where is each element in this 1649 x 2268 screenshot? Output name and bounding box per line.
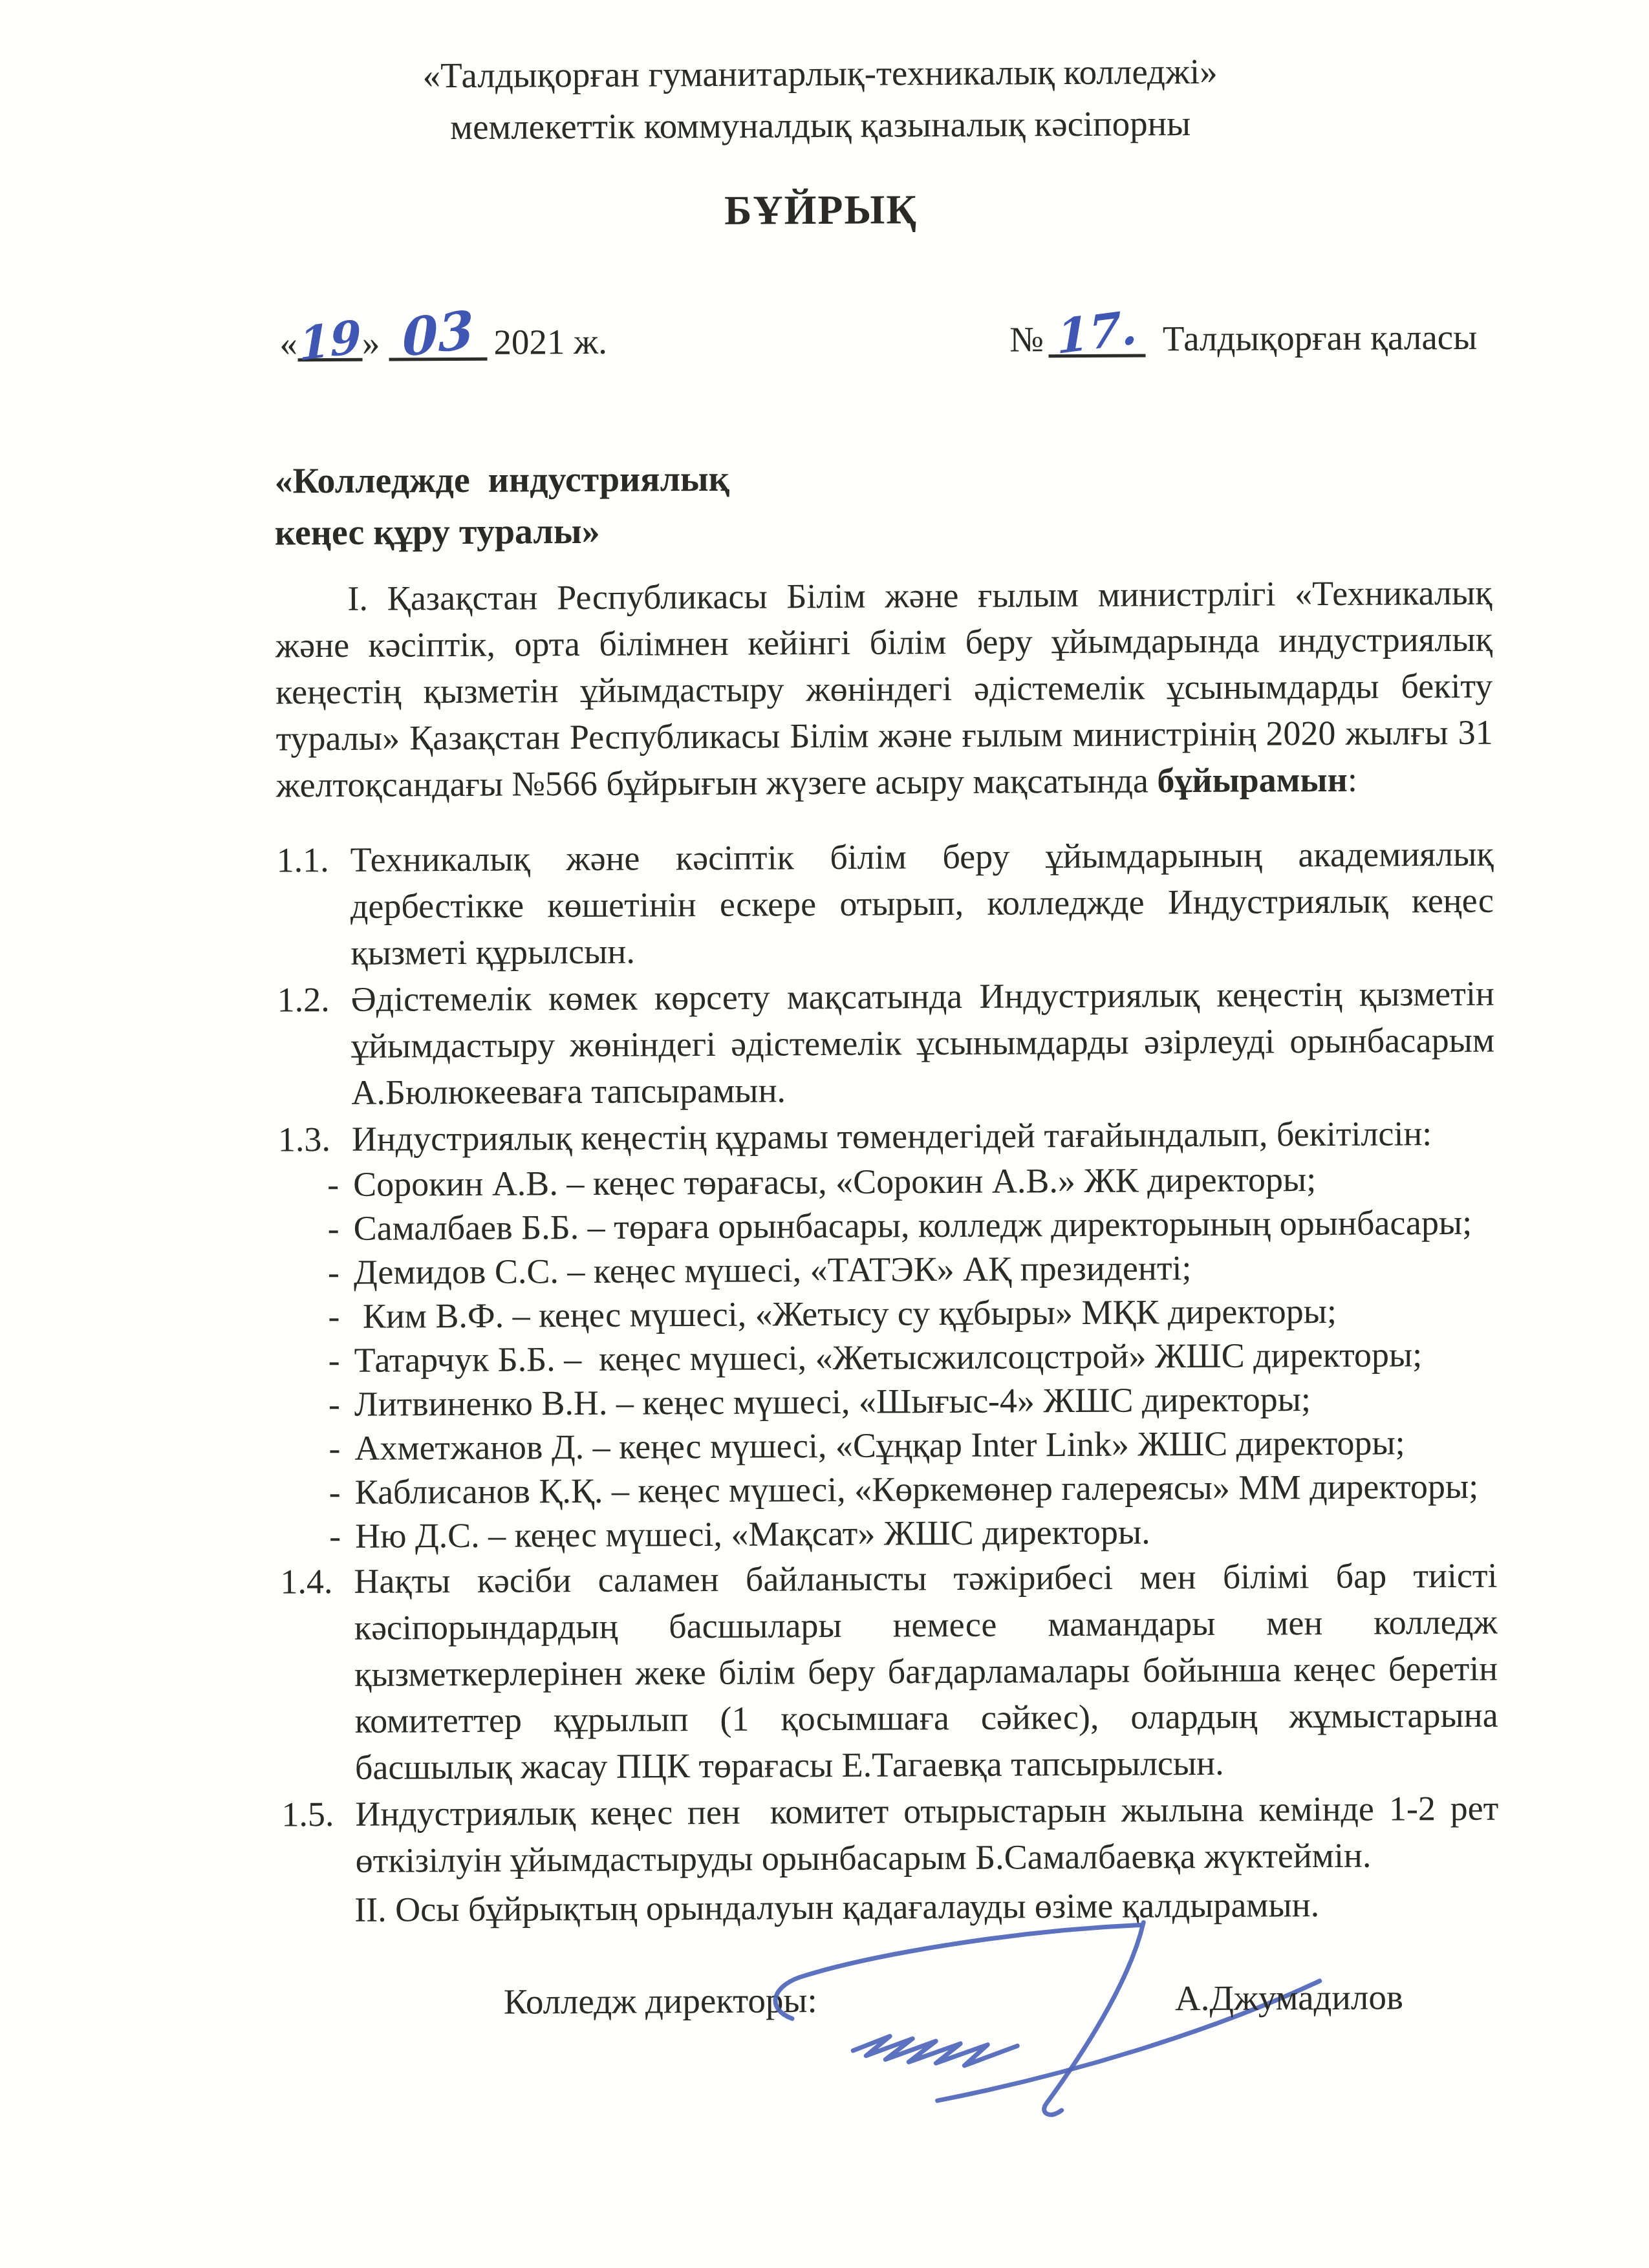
ordered-items: 1.1. Техникалық және кәсіптік білім беру… bbox=[276, 831, 1495, 1163]
item-text: Нақты кәсіби саламен байланысты тәжірибе… bbox=[354, 1552, 1498, 1791]
order-item: 1.2. Әдістемелік көмек көрсету мақсатынд… bbox=[277, 970, 1495, 1117]
document-title: БҰЙРЫҚ bbox=[0, 182, 1646, 238]
number-sign: № bbox=[1009, 319, 1044, 359]
date-line: «19»032021 ж. bbox=[279, 317, 607, 364]
scanned-order-page: «Талдықорған гуманитарлық-техникалық кол… bbox=[0, 0, 1649, 2268]
intro-tail: : bbox=[1348, 760, 1357, 799]
list-item: - Каблисанов Қ.Қ. – кеңес мүшесі, «Көрке… bbox=[329, 1464, 1497, 1514]
order-item: 1.4. Нақты кәсіби саламен байланысты тәж… bbox=[280, 1552, 1498, 1792]
intro-emphasis: бұйырамын bbox=[1157, 760, 1348, 800]
date-quote-open: « bbox=[279, 323, 297, 363]
organization-header: «Талдықорған гуманитарлық-техникалық кол… bbox=[0, 0, 1645, 156]
list-item: - Литвиненко В.Н. – кеңес мүшесі, «Шығыс… bbox=[329, 1376, 1496, 1426]
handwritten-month: 03 bbox=[402, 299, 475, 369]
order-item: 1.5. Индустриялық кеңес пен комитет отыр… bbox=[281, 1785, 1499, 1885]
subject-line2: кеңес құру туралы» bbox=[275, 501, 1492, 559]
intro-paragraph: I. Қазақстан Республикасы Білім және ғыл… bbox=[275, 570, 1493, 809]
list-dash: - bbox=[328, 1250, 354, 1294]
member-text: Литвиненко В.Н. – кеңес мүшесі, «Шығыс-4… bbox=[354, 1376, 1496, 1426]
list-item: - Ким В.Ф. – кеңес мүшесі, «Жетысу су құ… bbox=[328, 1289, 1496, 1338]
date-month-blank: 03 bbox=[389, 317, 487, 361]
handwritten-number: 17. bbox=[1057, 299, 1138, 365]
order-item: 1.3. Индустриялық кеңестің құрамы төменд… bbox=[278, 1110, 1495, 1163]
page-content: «Талдықорған гуманитарлық-техникалық кол… bbox=[0, 0, 1649, 2268]
list-dash: - bbox=[327, 1162, 353, 1206]
date-year: 2021 ж. bbox=[493, 322, 607, 362]
list-dash: - bbox=[329, 1470, 355, 1514]
member-text: Самалбаев Б.Б. – төраға орынбасары, колл… bbox=[353, 1201, 1495, 1250]
org-name-line1: «Талдықорған гуманитарлық-техникалық кол… bbox=[0, 43, 1644, 103]
member-text: Сорокин А.В. – кеңес төрағасы, «Сорокин … bbox=[353, 1157, 1495, 1206]
list-dash: - bbox=[328, 1338, 354, 1382]
item-number: 1.1. bbox=[276, 837, 350, 977]
item-number: 1.5. bbox=[281, 1791, 356, 1885]
date-day-blank: 19 bbox=[297, 318, 362, 362]
order-item: 1.1. Техникалық және кәсіптік білім беру… bbox=[276, 831, 1494, 977]
subject-heading: «Колледжде индустриялық кеңес құру турал… bbox=[274, 449, 1492, 559]
date-quote-close: » bbox=[362, 323, 380, 363]
member-text: Ким В.Ф. – кеңес мүшесі, «Жетысу су құбы… bbox=[354, 1289, 1496, 1338]
list-item: - Сорокин А.В. – кеңес төрағасы, «Сороки… bbox=[327, 1157, 1495, 1206]
subject-line1: «Колледжде индустриялық bbox=[274, 449, 1491, 508]
item-text: Индустриялық кеңес пен комитет отырыстар… bbox=[355, 1785, 1499, 1884]
list-dash: - bbox=[328, 1294, 354, 1338]
member-text: Ахметжанов Д. – кеңес мүшесі, «Сұңқар In… bbox=[354, 1420, 1496, 1470]
member-text: Ню Д.С. – кеңес мүшесі, «Мақсат» ЖШС дир… bbox=[355, 1508, 1497, 1558]
list-item: - Ахметжанов Д. – кеңес мүшесі, «Сұңқар … bbox=[329, 1420, 1496, 1470]
list-dash: - bbox=[329, 1382, 354, 1426]
org-name-line2: мемлекеттік коммуналдық қазыналық кәсіпо… bbox=[0, 95, 1645, 155]
handwritten-day: 19 bbox=[298, 310, 362, 372]
ordered-items-continued: 1.4. Нақты кәсіби саламен байланысты тәж… bbox=[280, 1552, 1499, 1885]
list-dash: - bbox=[329, 1426, 354, 1470]
item-number: 1.2. bbox=[277, 976, 352, 1117]
list-item: - Татарчук Б.Б. – кеңес мүшесі, «Жетысжи… bbox=[328, 1332, 1496, 1382]
signature-block: Колледж директоры: А.Джумадилов bbox=[5, 1948, 1649, 2150]
meta-row: «19»032021 ж. №17.Талдықорған қаласы bbox=[0, 311, 1646, 381]
list-item: - Ню Д.С. – кеңес мүшесі, «Мақсат» ЖШС д… bbox=[329, 1508, 1497, 1558]
item-text: Техникалық және кәсіптік білім беру ұйым… bbox=[350, 831, 1494, 976]
order-number-line: №17.Талдықорған қаласы bbox=[1009, 312, 1477, 360]
list-item: - Демидов С.С. – кеңес мүшесі, «ТАТЭК» А… bbox=[328, 1245, 1496, 1294]
item-number: 1.4. bbox=[280, 1558, 355, 1792]
list-dash: - bbox=[329, 1514, 355, 1558]
member-text: Татарчук Б.Б. – кеңес мүшесі, «Жетысжилс… bbox=[354, 1332, 1496, 1382]
signature-name: А.Джумадилов bbox=[1175, 1976, 1403, 2018]
city-name: Талдықорған қаласы bbox=[1163, 317, 1478, 359]
item-text: Әдістемелік көмек көрсету мақсатында Инд… bbox=[351, 970, 1495, 1116]
list-dash: - bbox=[327, 1206, 353, 1250]
member-text: Демидов С.С. – кеңес мүшесі, «ТАТЭК» АҚ … bbox=[354, 1245, 1496, 1294]
list-item: - Самалбаев Б.Б. – төраға орынбасары, ко… bbox=[327, 1201, 1495, 1250]
item-text: Индустриялық кеңестің құрамы төмендегіде… bbox=[352, 1110, 1495, 1162]
number-blank: 17. bbox=[1049, 314, 1146, 358]
council-members-list: - Сорокин А.В. – кеңес төрағасы, «Сороки… bbox=[278, 1157, 1497, 1559]
member-text: Каблисанов Қ.Қ. – кеңес мүшесі, «Көркемө… bbox=[355, 1464, 1497, 1514]
item-number: 1.3. bbox=[278, 1116, 352, 1163]
